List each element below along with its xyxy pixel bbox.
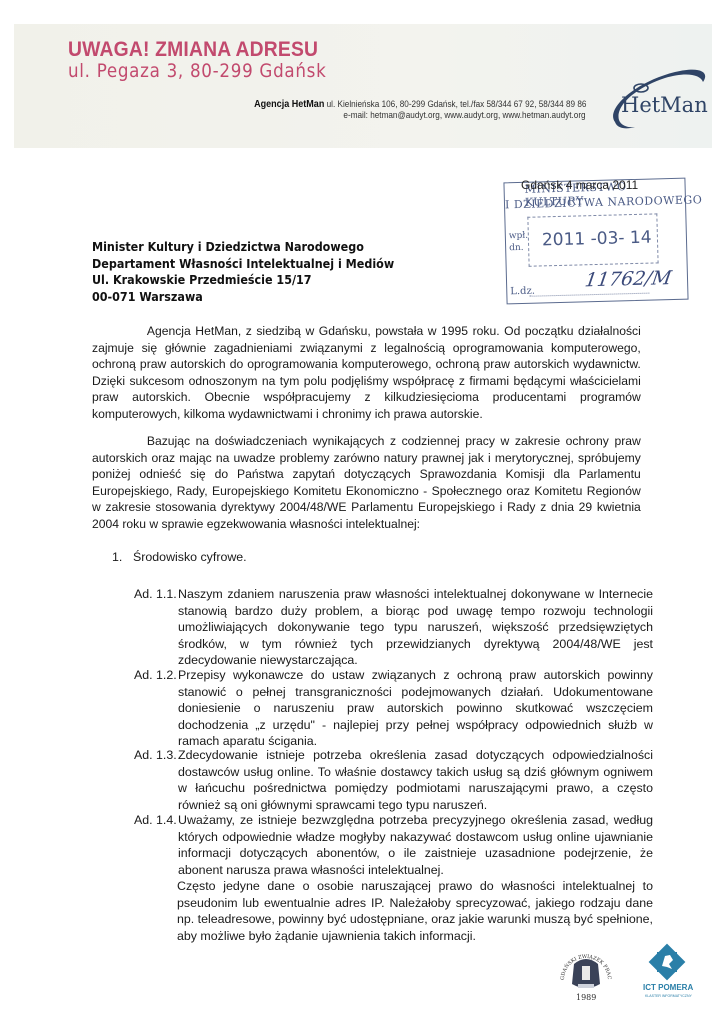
contact-address: ul. Kielnieńska 106, 80-299 Gdańsk, tel.… bbox=[326, 99, 586, 110]
answer-text-content: Zdecydowanie istnieje potrzeba określeni… bbox=[178, 748, 653, 812]
answer-label: Ad. 1.3. bbox=[134, 747, 177, 764]
hetman-logo-icon: HetMan bbox=[605, 64, 710, 134]
svg-text:HetMan: HetMan bbox=[621, 93, 708, 117]
ict-pomerania-emblem-icon: ICT POMERANIA KLASTER INFORMATYCZNY bbox=[641, 940, 693, 1010]
section-number: 1. bbox=[112, 550, 133, 564]
ict-pomerania-logo: ICT POMERANIA KLASTER INFORMATYCZNY bbox=[641, 940, 693, 1010]
section-title: Środowisko cyfrowe. bbox=[133, 550, 247, 564]
answer-label: Ad. 1.4. bbox=[134, 812, 177, 829]
hetman-logo: HetMan bbox=[605, 64, 710, 134]
answer-item: Ad. 1.1. Naszym zdaniem naruszenia praw … bbox=[134, 586, 653, 669]
recipient-line: Minister Kultury i Dziedzictwa Narodoweg… bbox=[92, 239, 394, 256]
section-heading: 1.Środowisko cyfrowe. bbox=[112, 550, 247, 564]
stamp-received-date: 2011 -03- 14 bbox=[542, 228, 652, 251]
answer-text: Naszym zdaniem naruszenia praw własności… bbox=[134, 586, 653, 669]
answer-continuation: Często jedyne dane o osobie naruszającej… bbox=[134, 878, 653, 944]
answer-item: Ad. 1.3. Zdecydowanie istnieje potrzeba … bbox=[134, 747, 653, 813]
company-name: Agencja HetMan bbox=[254, 98, 324, 110]
answer-label: Ad. 1.2. bbox=[134, 667, 177, 684]
recipient-line: 00-071 Warszawa bbox=[92, 289, 394, 306]
svg-text:KLASTER INFORMATYCZNY: KLASTER INFORMATYCZNY bbox=[645, 994, 692, 998]
ministry-receipt-stamp: MINISTERSTWO KULTURY I DZIEDZICTWA NAROD… bbox=[503, 178, 688, 305]
answer-text-content: Naszym zdaniem naruszenia praw własności… bbox=[178, 587, 653, 667]
stamp-reference-number: 11762/M bbox=[583, 267, 673, 291]
recipient-address: Minister Kultury i Dziedzictwa Narodoweg… bbox=[92, 239, 394, 305]
answer-item: Ad. 1.4. Uważamy, ze istnieje bezwzględn… bbox=[134, 812, 653, 944]
employers-union-logo: GDAŃSKI ZWIĄZEK PRACODAWCÓW 1989 bbox=[556, 940, 616, 1010]
contact-line-1: Agencja HetMan ul. Kielnieńska 106, 80-2… bbox=[254, 98, 586, 110]
answer-text: Uważamy, ze istnieje bezwzględna potrzeb… bbox=[134, 812, 653, 878]
svg-text:1989: 1989 bbox=[576, 993, 596, 1002]
letter-date: Gdańsk 4 marca 2011 bbox=[521, 178, 638, 192]
answer-text: Przepisy wykonawcze do ustaw związanych … bbox=[134, 667, 653, 750]
recipient-line: Departament Własności Intelektualnej i M… bbox=[92, 256, 394, 273]
answer-label: Ad. 1.1. bbox=[134, 586, 177, 603]
employers-union-emblem-icon: GDAŃSKI ZWIĄZEK PRACODAWCÓW 1989 bbox=[556, 940, 616, 1010]
context-paragraph: Bazując na doświadczeniach wynikających … bbox=[92, 433, 641, 532]
answer-text: Zdecydowanie istnieje potrzeba określeni… bbox=[134, 747, 653, 813]
intro-paragraph: Agencja HetMan, z siedzibą w Gdańsku, po… bbox=[92, 323, 641, 422]
contact-line-2: e-mail: hetman@audyt.org, www.audyt.org,… bbox=[344, 110, 586, 121]
new-address: ul. Pegaza 3, 80-299 Gdańsk bbox=[68, 60, 326, 82]
stamp-ldz-line bbox=[529, 293, 649, 297]
recipient-line: Ul. Krakowskie Przedmieście 15/17 bbox=[92, 272, 394, 289]
stamp-wpl-label: wpł. bbox=[509, 231, 529, 242]
answer-text-content: Przepisy wykonawcze do ustaw związanych … bbox=[178, 668, 653, 748]
stamp-do-label: dn. bbox=[509, 243, 524, 253]
answer-item: Ad. 1.2. Przepisy wykonawcze do ustaw zw… bbox=[134, 667, 653, 750]
answer-text-content: Uważamy, ze istnieje bezwzględna potrzeb… bbox=[178, 813, 653, 877]
address-change-notice: UWAGA! ZMIANA ADRESU bbox=[68, 38, 318, 62]
svg-text:ICT POMERANIA: ICT POMERANIA bbox=[643, 983, 693, 992]
